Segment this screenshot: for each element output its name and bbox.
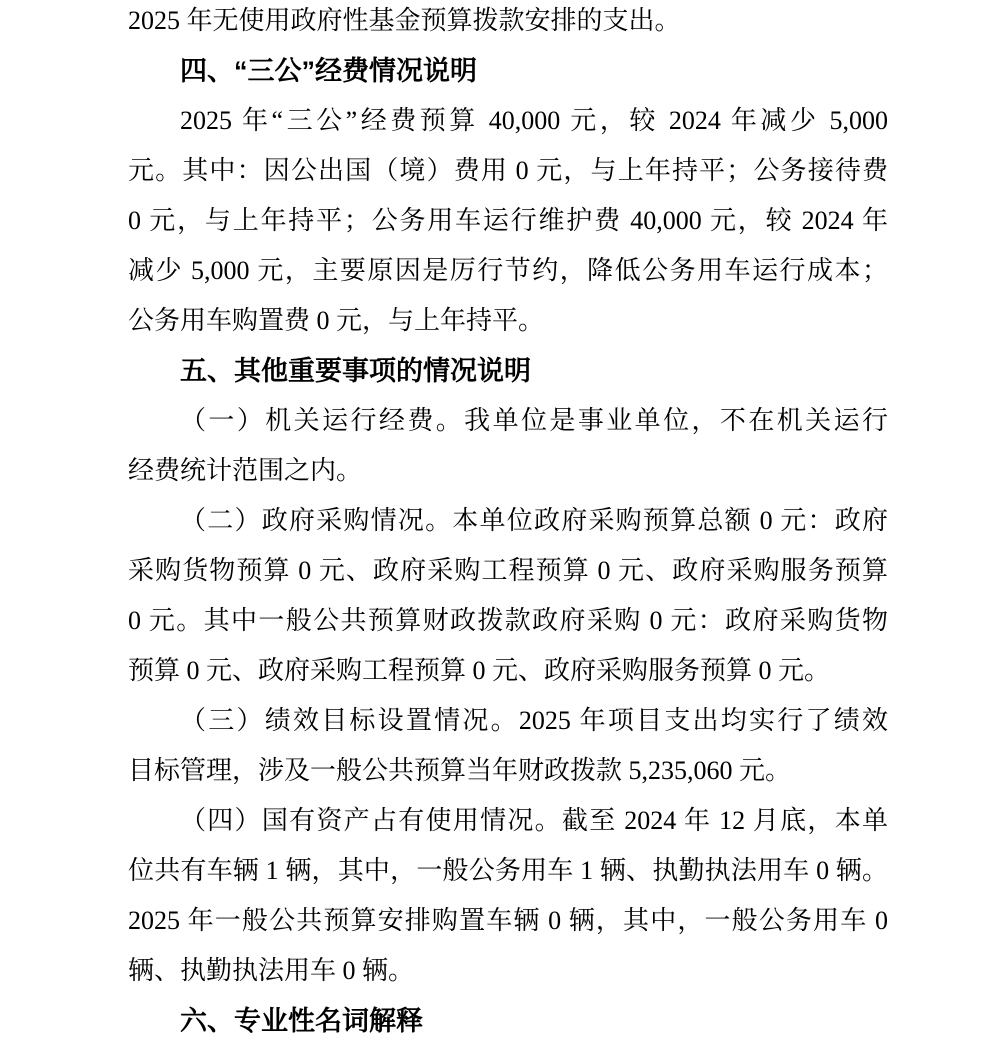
text-line: 元。其中：因公出国（境）费用 0 元，与上年持平；公务接待费 <box>128 146 888 196</box>
text-line: 2025 年无使用政府性基金预算拨款安排的支出。 <box>128 0 888 46</box>
section-heading: 四、“三公”经费情况说明 <box>128 46 888 96</box>
text-line: 减少 5,000 元，主要原因是厉行节约，降低公务用车运行成本； <box>128 246 888 296</box>
text-line: 公务用车购置费 0 元，与上年持平。 <box>128 296 888 346</box>
text-line: 经费统计范围之内。 <box>128 446 888 496</box>
text-line: 采购货物预算 0 元、政府采购工程预算 0 元、政府采购服务预算 <box>128 546 888 596</box>
document-text-block: 2025 年无使用政府性基金预算拨款安排的支出。四、“三公”经费情况说明2025… <box>128 0 888 1039</box>
text-line: （三）绩效目标设置情况。2025 年项目支出均实行了绩效 <box>128 696 888 746</box>
document-page: 2025 年无使用政府性基金预算拨款安排的支出。四、“三公”经费情况说明2025… <box>0 0 999 1039</box>
text-line: 辆、执勤执法用车 0 辆。 <box>128 946 888 996</box>
text-line: （二）政府采购情况。本单位政府采购预算总额 0 元：政府 <box>128 496 888 546</box>
text-line: 位共有车辆 1 辆，其中，一般公务用车 1 辆、执勤执法用车 0 辆。 <box>128 846 888 896</box>
text-line: （一）机关运行经费。我单位是事业单位，不在机关运行 <box>128 396 888 446</box>
text-line: 目标管理，涉及一般公共预算当年财政拨款 5,235,060 元。 <box>128 746 888 796</box>
text-line: 2025 年一般公共预算安排购置车辆 0 辆，其中，一般公务用车 0 <box>128 896 888 946</box>
text-line: （四）国有资产占有使用情况。截至 2024 年 12 月底，本单 <box>128 796 888 846</box>
text-line: 0 元，与上年持平；公务用车运行维护费 40,000 元，较 2024 年 <box>128 196 888 246</box>
section-heading: 六、专业性名词解释 <box>128 996 888 1039</box>
section-heading: 五、其他重要事项的情况说明 <box>128 346 888 396</box>
text-line: 预算 0 元、政府采购工程预算 0 元、政府采购服务预算 0 元。 <box>128 646 888 696</box>
text-line: 2025 年“三公”经费预算 40,000 元，较 2024 年减少 5,000 <box>128 96 888 146</box>
text-line: 0 元。其中一般公共预算财政拨款政府采购 0 元：政府采购货物 <box>128 596 888 646</box>
